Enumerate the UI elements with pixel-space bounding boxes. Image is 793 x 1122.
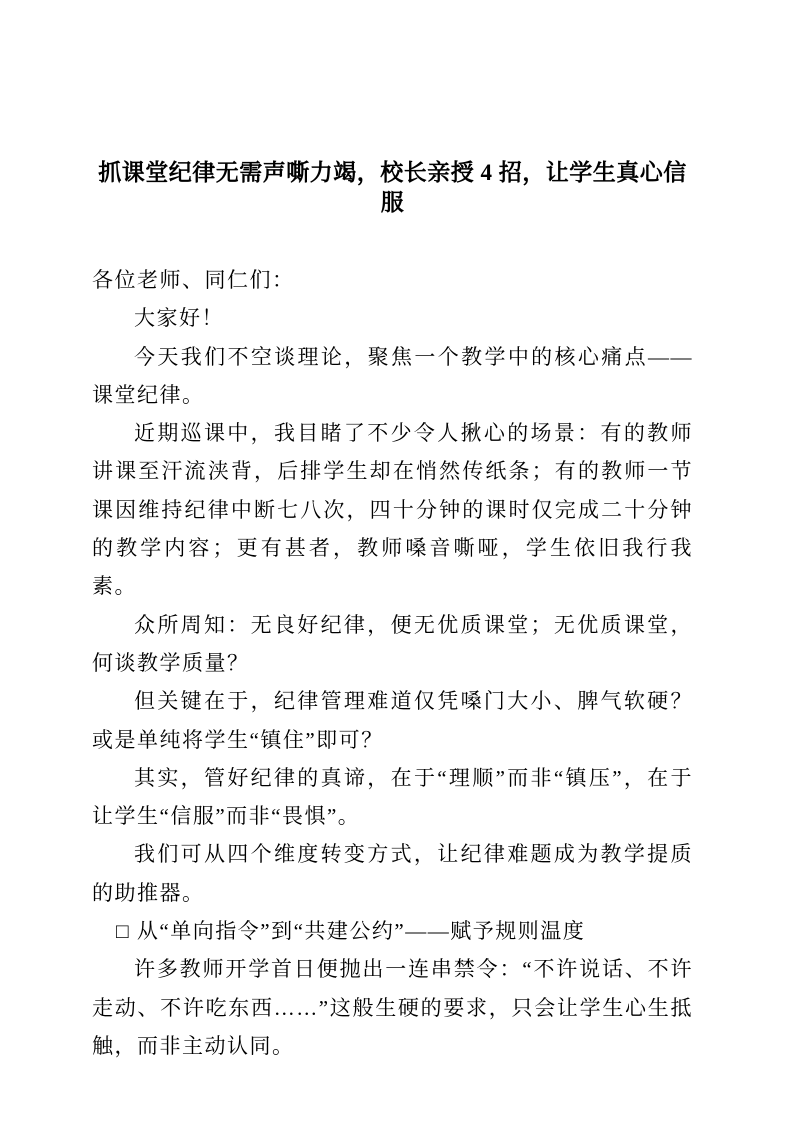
paragraph-bans-example: 许多教师开学首日便抛出一连串禁令：“不许说话、不许走动、不许吃东西……”这般生硬… [92,950,693,1065]
paragraph-true-meaning: 其实，管好纪律的真谛，在于“理顺”而非“镇压”，在于让学生“信服”而非“畏惧”。 [92,759,693,836]
document-page: 抓课堂纪律无需声嘶力竭，校长亲授 4 招，让学生真心信服 各位老师、同仁们： 大… [0,0,793,1122]
paragraph-intro: 今天我们不空谈理论，聚焦一个教学中的核心痛点——课堂纪律。 [92,338,693,415]
section-heading-rules: □ 从“单向指令”到“共建公约”——赋予规则温度 [92,912,693,950]
paragraph-common-knowledge: 众所周知：无良好纪律，便无优质课堂；无优质课堂，何谈教学质量？ [92,606,693,683]
document-title: 抓课堂纪律无需声嘶力竭，校长亲授 4 招，让学生真心信服 [92,158,693,218]
document-body: 各位老师、同仁们： 大家好！ 今天我们不空谈理论，聚焦一个教学中的核心痛点——课… [92,261,693,1065]
paragraph-observations: 近期巡课中，我目睹了不少令人揪心的场景：有的教师讲课至汗流浃背，后排学生却在悄然… [92,414,693,605]
paragraph-four-dimensions: 我们可从四个维度转变方式，让纪律难题成为教学提质的助推器。 [92,835,693,912]
paragraph-salutation: 各位老师、同仁们： [92,261,693,299]
paragraph-key-question: 但关键在于，纪律管理难道仅凭嗓门大小、脾气软硬？或是单纯将学生“镇住”即可？ [92,682,693,759]
paragraph-greeting: 大家好！ [92,299,693,337]
